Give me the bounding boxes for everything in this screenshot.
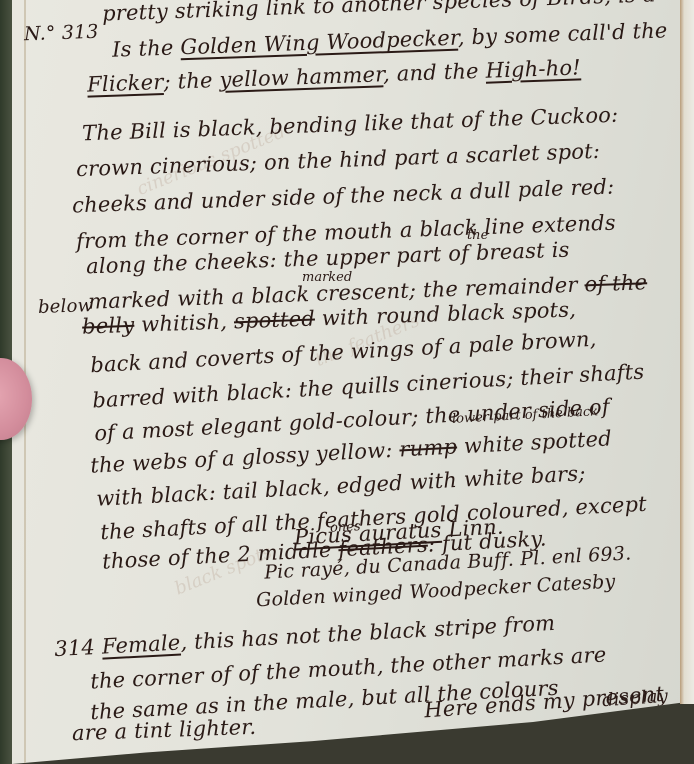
text-fragment: Is the (112, 36, 174, 62)
common-name: yellow hammer (219, 62, 383, 92)
text-line: crown cinerious; on the hind part a scar… (76, 139, 601, 181)
text-fragment: white spotted (463, 426, 612, 458)
species-name: Golden Wing Woodpecker (180, 26, 458, 60)
sex-label: Female (101, 631, 181, 659)
entry-number: N.° 313 (24, 21, 99, 46)
common-name: High-ho! (485, 55, 581, 82)
struck-text: rump (399, 434, 458, 461)
authority: Linn. (448, 515, 505, 542)
common-name: Flicker (87, 70, 164, 97)
text-line: The Bill is black, bending like that of … (82, 103, 619, 146)
struck-text: of the (584, 270, 647, 296)
text-fragment: the webs of a glossy yellow: (90, 438, 393, 478)
struck-text: spotted (234, 307, 316, 334)
manuscript-page: cinerious spotted the feathers black spo… (12, 0, 680, 764)
adjacent-page-edge (680, 0, 694, 704)
catchword: display (601, 686, 668, 712)
text-line: Is the Golden Wing Woodpecker, by some c… (112, 18, 668, 61)
insertion-text: marked (302, 270, 352, 285)
text-fragment: , by some call'd the (457, 18, 667, 49)
text-line: Flicker; the yellow hammer, and the High… (87, 55, 582, 96)
text-fragment: whitish, (141, 310, 228, 337)
entry-number: 314 (54, 635, 96, 661)
text-fragment: ; the (163, 68, 213, 94)
struck-text: belly (82, 313, 135, 339)
text-fragment: , and the (383, 59, 479, 86)
text-line: are a tint lighter. (72, 715, 257, 745)
